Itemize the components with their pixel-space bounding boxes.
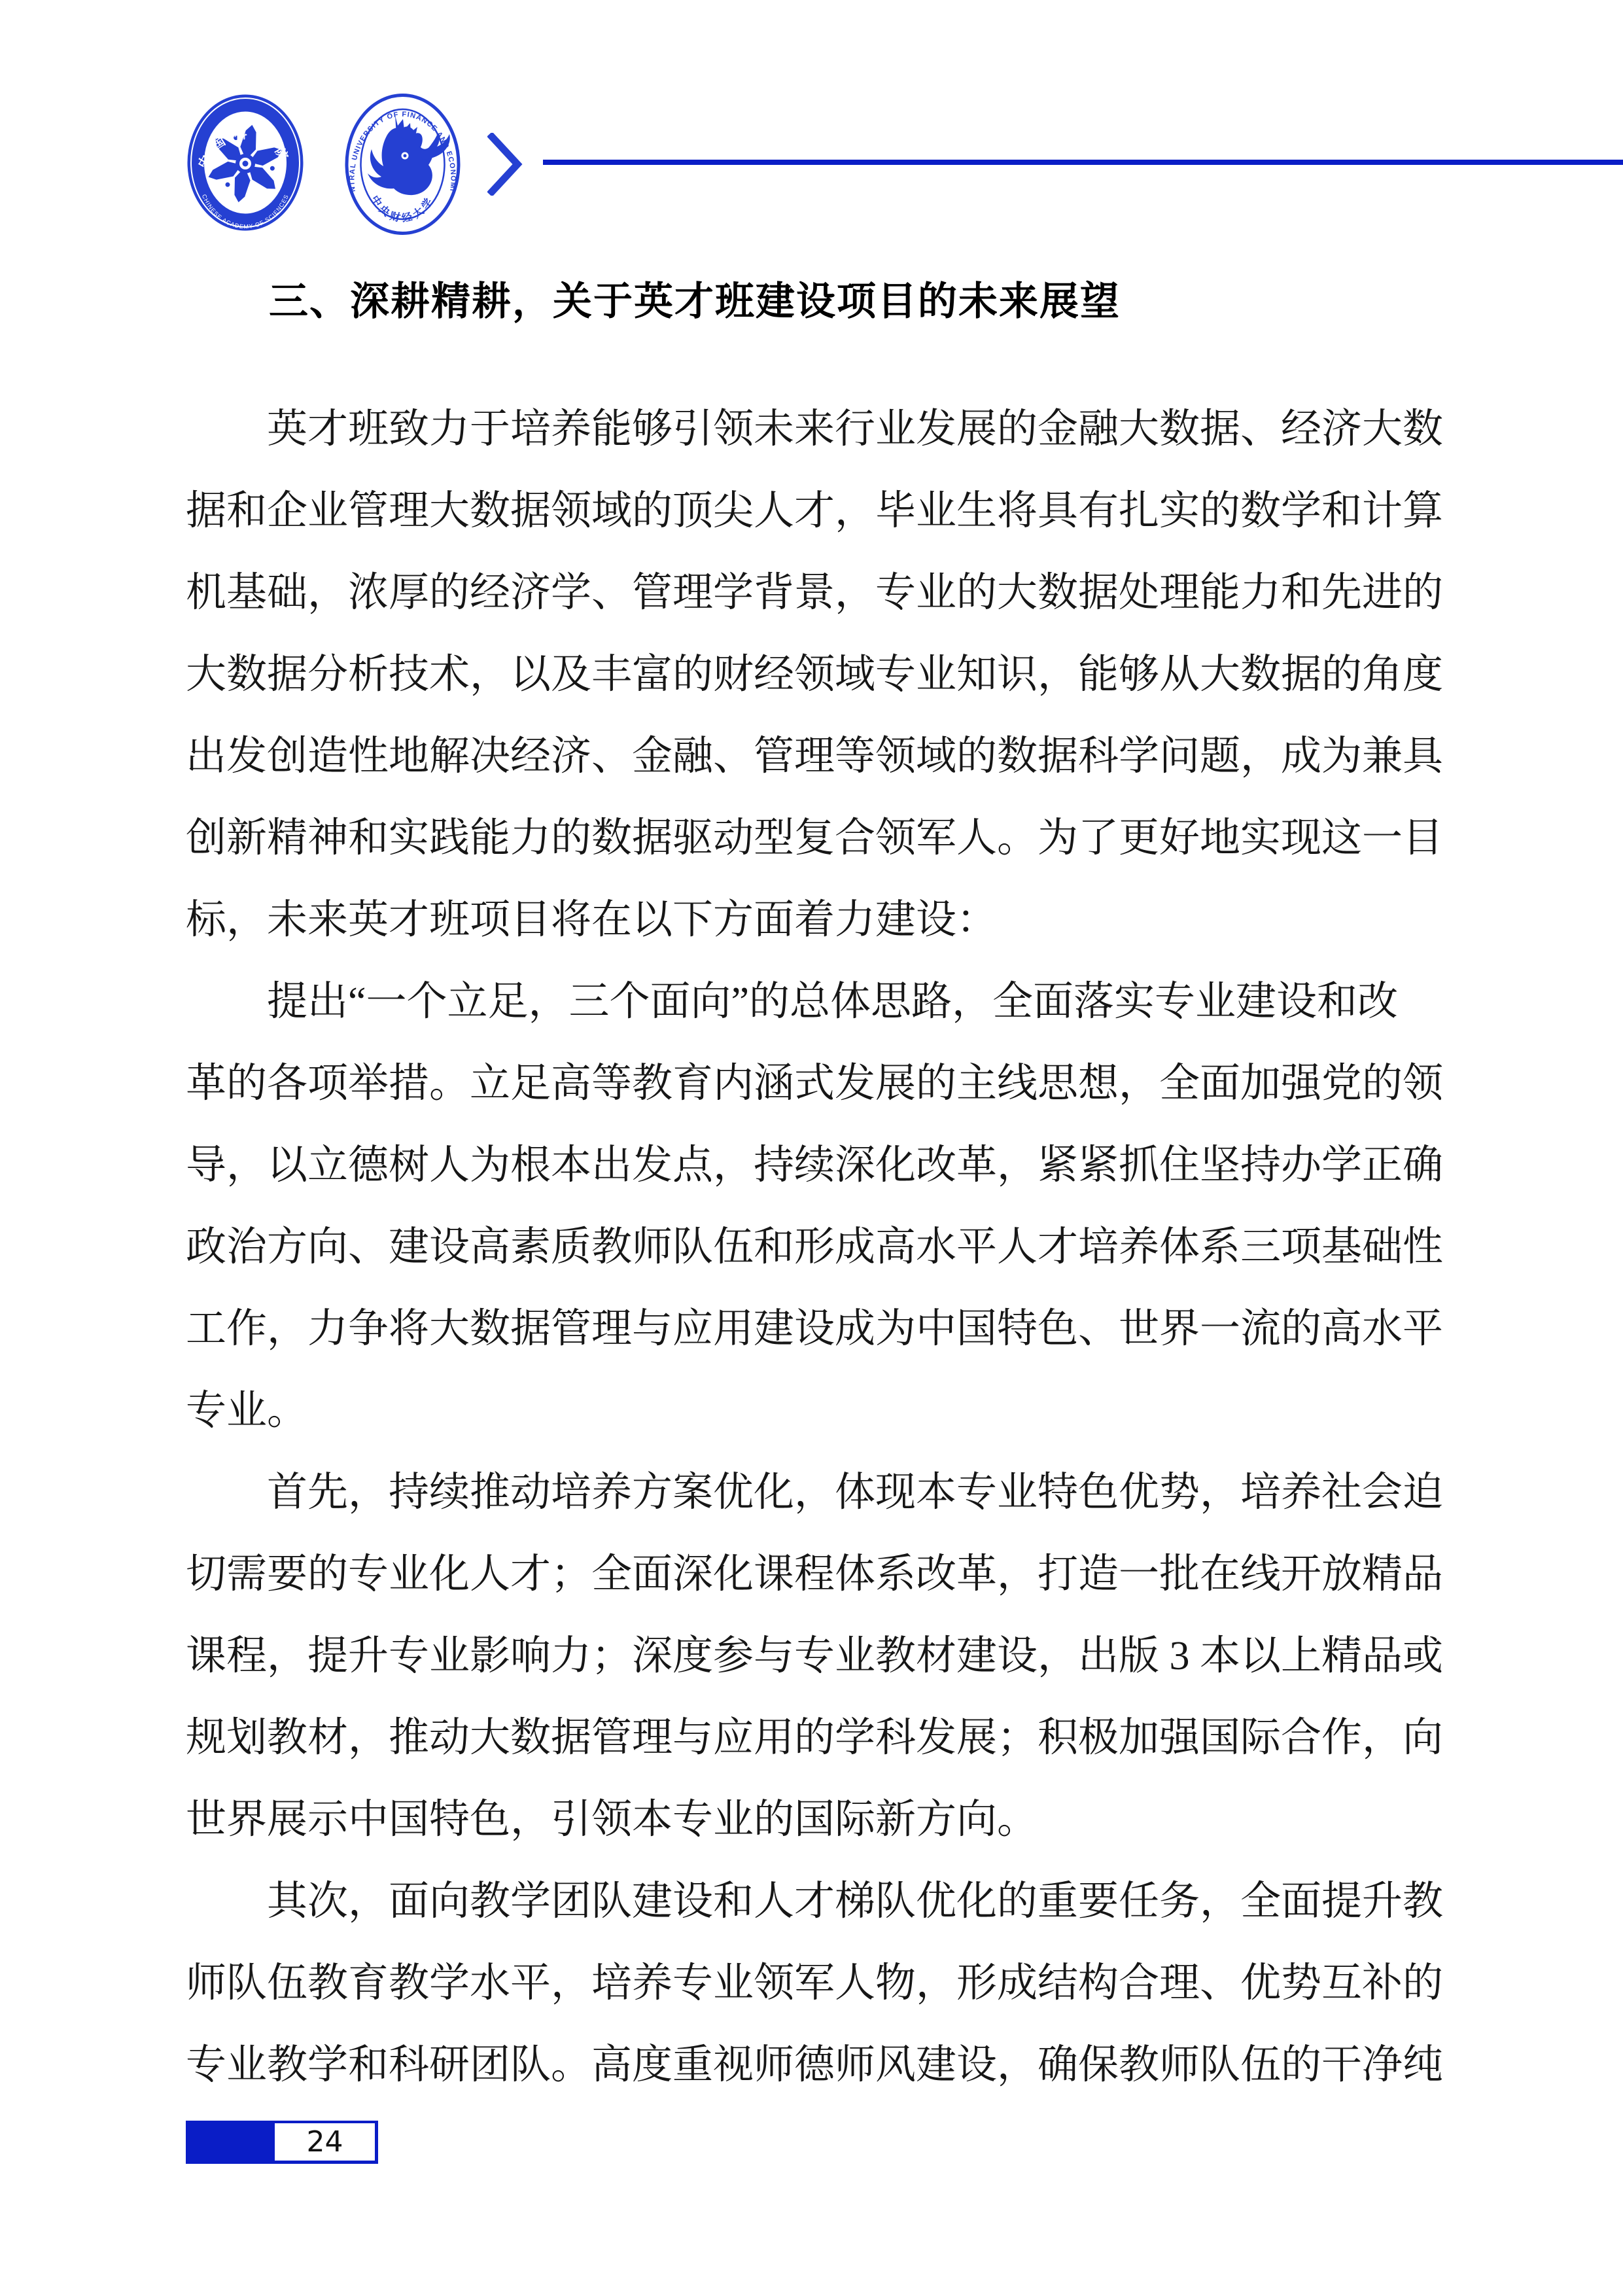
body-line: 课程，提升专业影响力；深度参与专业教材建设，出版 3 本以上精品或 (186, 1616, 1452, 1697)
body-line: 切需要的专业化人才；全面深化课程体系改革，打造一批在线开放精品 (186, 1534, 1452, 1616)
body-line: 专业。 (186, 1370, 1452, 1452)
body-line: 出发创造性地解决经济、金融、管理等领域的数据科学问题，成为兼具 (186, 716, 1452, 798)
section-heading: 三、深耕精耕，关于英才班建设项目的未来展望 (269, 280, 1121, 323)
paragraph: 提出“一个立足，三个面向”的总体思路，全面落实专业建设和改 革的各项举措。立足高… (186, 961, 1452, 1452)
body-line: 标，未来英才班项目将在以下方面着力建设： (186, 879, 1452, 961)
body-line: 专业教学和科研团队。高度重视师德师风建设，确保教师队伍的干净纯 (186, 2024, 1452, 2106)
document-page: 中国科学院 CHINESE ACADEMY OF SCIENCES C (0, 0, 1623, 2296)
cas-logo: 中国科学院 CHINESE ACADEMY OF SCIENCES (187, 94, 304, 231)
page-number-bar: 24 (186, 2121, 378, 2164)
body-line: 创新精神和实践能力的数据驱动型复合领军人。为了更好地实现这一目 (186, 798, 1452, 879)
body-line: 规划教材，推动大数据管理与应用的学科发展；积极加强国际合作，向 (186, 1697, 1452, 1779)
header-divider-line (543, 160, 1623, 165)
body-line: 据和企业管理大数据领域的顶尖人才，毕业生将具有扎实的数学和计算 (186, 470, 1452, 552)
body-text: 英才班致力于培养能够引领未来行业发展的金融大数据、经济大数 据和企业管理大数据领… (186, 389, 1452, 2106)
body-line: 提出“一个立足，三个面向”的总体思路，全面落实专业建设和改 (186, 961, 1452, 1043)
paragraph: 英才班致力于培养能够引领未来行业发展的金融大数据、经济大数 据和企业管理大数据领… (186, 389, 1452, 961)
body-line: 导，以立德树人为根本出发点，持续深化改革，紧紧抓住坚持办学正确 (186, 1125, 1452, 1207)
body-line: 政治方向、建设高素质教师队伍和形成高水平人才培养体系三项基础性 (186, 1207, 1452, 1288)
body-line: 大数据分析技术，以及丰富的财经领域专业知识，能够从大数据的角度 (186, 634, 1452, 716)
paragraph: 首先，持续推动培养方案优化，体现本专业特色优势，培养社会迫 切需要的专业化人才；… (186, 1452, 1452, 1861)
body-line: 世界展示中国特色，引领本专业的国际新方向。 (186, 1779, 1452, 1861)
page-number-box: 24 (275, 2123, 375, 2161)
body-line: 英才班致力于培养能够引领未来行业发展的金融大数据、经济大数 (186, 389, 1452, 470)
body-line: 师队伍教育教学水平，培养专业领军人物，形成结构合理、优势互补的 (186, 1943, 1452, 2024)
body-line: 首先，持续推动培养方案优化，体现本专业特色优势，培养社会迫 (186, 1452, 1452, 1534)
chevron-right-icon (487, 133, 523, 196)
body-line: 工作，力争将大数据管理与应用建设成为中国特色、世界一流的高水平 (186, 1288, 1452, 1370)
body-line: 其次，面向教学团队建设和人才梯队优化的重要任务，全面提升教 (186, 1861, 1452, 1943)
body-line: 机基础，浓厚的经济学、管理学背景，专业的大数据处理能力和先进的 (186, 552, 1452, 634)
cufe-logo: CENTRAL UNIVERSITY OF FINANCE AND ECONOM… (344, 93, 461, 236)
body-line: 革的各项举措。立足高等教育内涵式发展的主线思想，全面加强党的领 (186, 1043, 1452, 1125)
page-number: 24 (307, 2128, 343, 2157)
paragraph: 其次，面向教学团队建设和人才梯队优化的重要任务，全面提升教 师队伍教育教学水平，… (186, 1861, 1452, 2106)
